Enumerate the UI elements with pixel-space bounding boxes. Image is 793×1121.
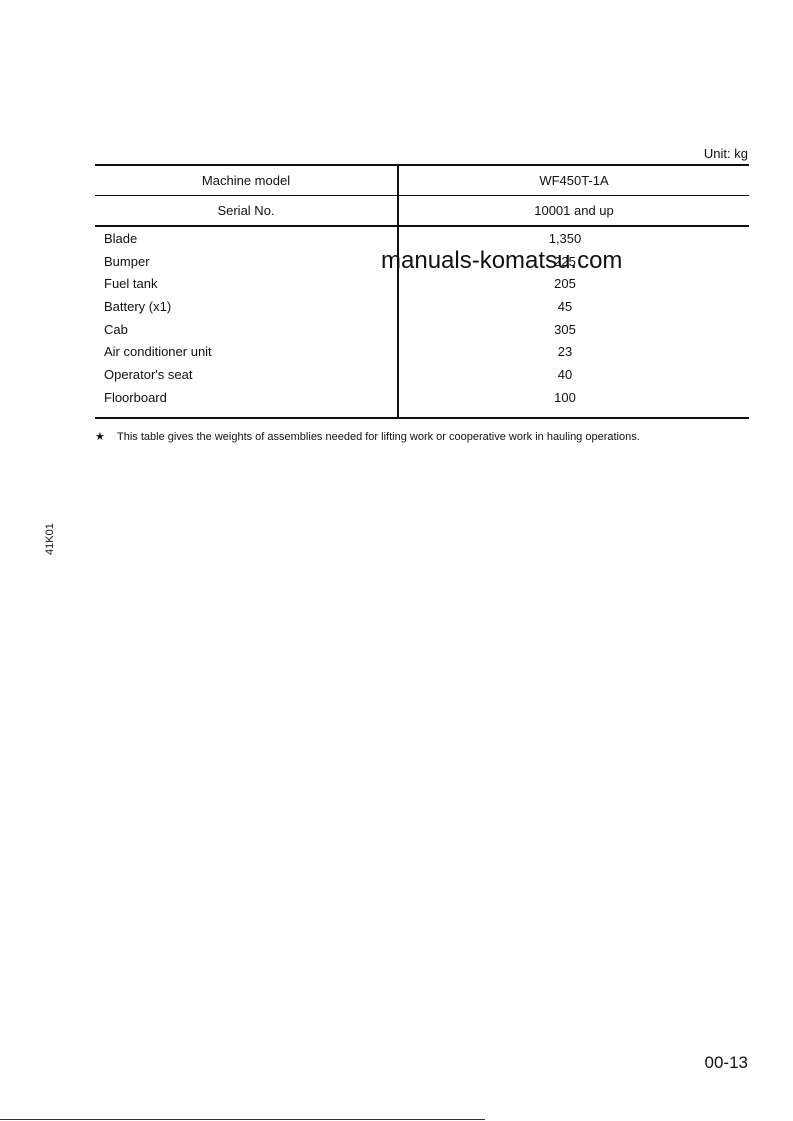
side-code: 41K01 — [44, 523, 56, 555]
row-weight: 205 — [535, 276, 595, 291]
row-item: Fuel tank — [104, 276, 157, 291]
table-row: Fuel tank 205 — [95, 276, 749, 299]
unit-label: Unit: kg — [704, 146, 748, 161]
watermark: manuals-komatsu.com — [381, 247, 622, 275]
row-weight: 100 — [535, 390, 595, 405]
footnote-text: This table gives the weights of assembli… — [117, 431, 640, 443]
table-footnote: ★This table gives the weights of assembl… — [95, 430, 640, 443]
bottom-rule — [0, 1119, 485, 1120]
row-item: Operator's seat — [104, 367, 192, 382]
row-item: Bumper — [104, 254, 150, 269]
machine-model-value: WF450T-1A — [399, 165, 749, 195]
page-number: 00-13 — [705, 1053, 748, 1073]
table-row: Battery (x1) 45 — [95, 299, 749, 322]
table-row: Air conditioner unit 23 — [95, 344, 749, 367]
table-header-bottom-rule — [95, 225, 749, 227]
star-icon: ★ — [95, 430, 117, 443]
table-row: Floorboard 100 — [95, 390, 749, 413]
table-bottom-rule — [95, 417, 749, 419]
table-row: Cab 305 — [95, 322, 749, 345]
table-row: Operator's seat 40 — [95, 367, 749, 390]
serial-no-label: Serial No. — [95, 195, 397, 225]
machine-model-label: Machine model — [95, 165, 397, 195]
row-weight: 40 — [535, 367, 595, 382]
row-weight: 45 — [535, 299, 595, 314]
row-item: Battery (x1) — [104, 299, 171, 314]
row-item: Floorboard — [104, 390, 167, 405]
row-weight: 305 — [535, 322, 595, 337]
row-item: Air conditioner unit — [104, 344, 212, 359]
row-item: Blade — [104, 231, 137, 246]
row-item: Cab — [104, 322, 128, 337]
row-weight: 23 — [535, 344, 595, 359]
serial-no-value: 10001 and up — [399, 195, 749, 225]
row-weight: 1,350 — [535, 231, 595, 246]
